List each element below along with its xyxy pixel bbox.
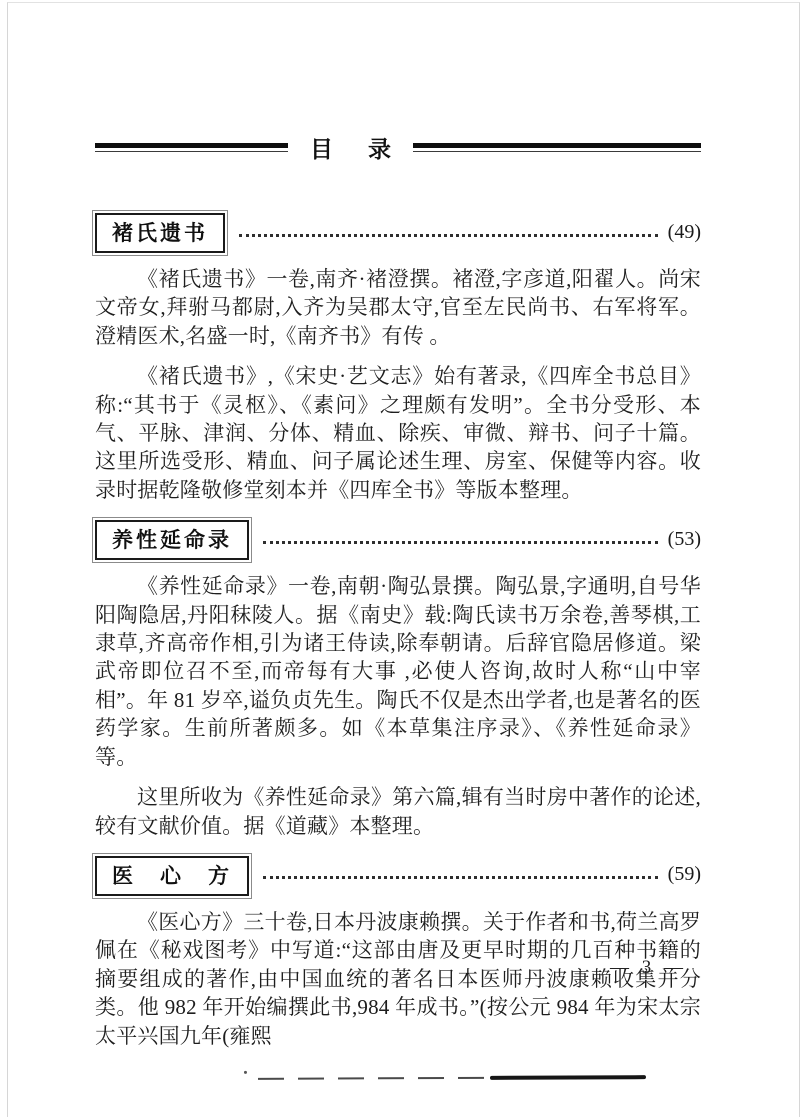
paragraph: 这里所收为《养性延命录》第六篇,辑有当时房中著作的论述,较有文献价值。据《道藏》… xyxy=(95,783,701,840)
toc-section: 褚氏遗书 (49) 《褚氏遗书》一卷,南齐·褚澄撰。褚澄,字彦道,阳翟人。尚宋文… xyxy=(95,213,701,504)
toc-header: 目 录 xyxy=(95,131,701,164)
paragraph: 《褚氏遗书》,《宋史·艺文志》始有著录,《四库全书总目》称:“其书于《灵枢》、《… xyxy=(95,362,701,504)
header-rule-left xyxy=(95,143,288,152)
toc-section: 养性延命录 (53) 《养性延命录》一卷,南朝·陶弘景撰。陶弘景,字通明,自号华… xyxy=(95,520,701,840)
page-content: 目 录 褚氏遗书 (49) 《褚氏遗书》一卷,南齐·褚澄撰。褚澄,字彦道,阳翟人… xyxy=(95,0,701,1050)
toc-sections: 褚氏遗书 (49) 《褚氏遗书》一卷,南齐·褚澄撰。褚澄,字彦道,阳翟人。尚宋文… xyxy=(95,213,701,1050)
section-title: 褚氏遗书 xyxy=(112,221,208,245)
section-paragraphs: 《养性延命录》一卷,南朝·陶弘景撰。陶弘景,字通明,自号华阳陶隐居,丹阳秣陵人。… xyxy=(95,572,701,840)
section-paragraphs: 《褚氏遗书》一卷,南齐·褚澄撰。褚澄,字彦道,阳翟人。尚宋文帝女,拜驸马都尉,入… xyxy=(95,265,701,504)
scanned-book-page: 目 录 褚氏遗书 (49) 《褚氏遗书》一卷,南齐·褚澄撰。褚澄,字彦道,阳翟人… xyxy=(0,0,803,1117)
dot-leader xyxy=(263,541,658,544)
section-page-ref: (49) xyxy=(668,221,701,246)
paragraph: 《褚氏遗书》一卷,南齐·褚澄撰。褚澄,字彦道,阳翟人。尚宋文帝女,拜驸马都尉,入… xyxy=(95,265,701,350)
page-title: 目 录 xyxy=(288,131,413,164)
paragraph: 《养性延命录》一卷,南朝·陶弘景撰。陶弘景,字通明,自号华阳陶隐居,丹阳秣陵人。… xyxy=(95,572,701,771)
section-title-box: 养性延命录 xyxy=(95,520,249,560)
section-title: 养性延命录 xyxy=(112,528,232,552)
toc-entry: 褚氏遗书 (49) xyxy=(95,213,701,253)
toc-entry: 医 心 方 (59) xyxy=(95,856,701,896)
scan-artifact-line xyxy=(258,1075,646,1082)
section-page-ref: (59) xyxy=(668,863,701,888)
toc-entry: 养性延命录 (53) xyxy=(95,520,701,560)
toc-section: 医 心 方 (59) 《医心方》三十卷,日本丹波康赖撰。关于作者和书,荷兰高罗佩… xyxy=(95,856,701,1050)
section-title: 医 心 方 xyxy=(112,864,232,888)
section-title-box: 医 心 方 xyxy=(95,856,249,896)
page-number: — 3 — xyxy=(95,957,701,979)
header-rule-right xyxy=(413,143,701,152)
section-page-ref: (53) xyxy=(668,528,701,553)
dot-leader xyxy=(263,876,658,879)
section-title-box: 褚氏遗书 xyxy=(95,213,225,253)
dot-leader xyxy=(239,234,658,237)
